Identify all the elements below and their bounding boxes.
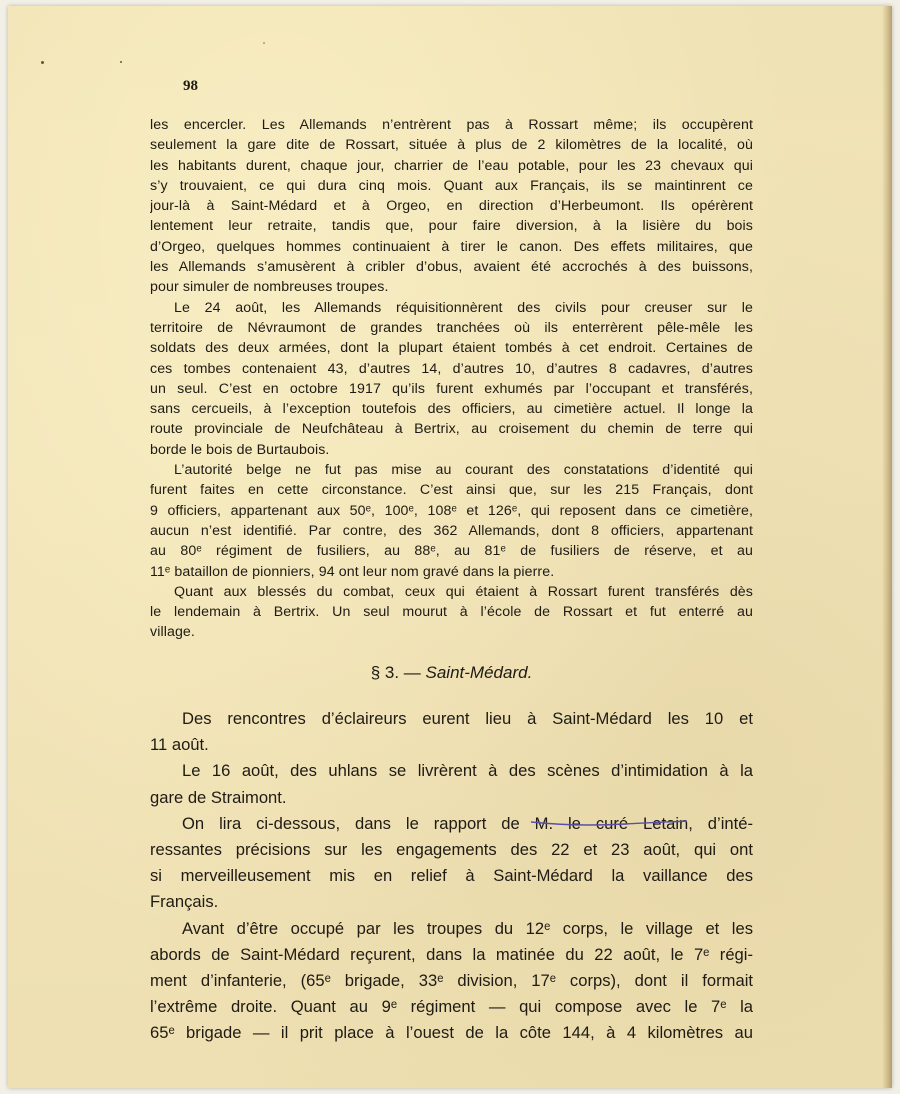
text-line: Le 24 août, les Allemands réquisitionnèr…: [150, 298, 753, 318]
text-line: les encercler. Les Allemands n’entrèrent…: [150, 115, 753, 135]
text-line: borde le bois de Burtaubois.: [150, 440, 753, 460]
text-line: jour-là à Saint-Médard et à Orgeo, en di…: [150, 196, 753, 216]
paragraph: Avant d’être occupé par les troupes du 1…: [150, 916, 753, 1047]
text-line: 11 août.: [150, 732, 753, 758]
text-line: les Allemands s’amusèrent à cribler d’ob…: [150, 257, 753, 277]
section-title: Saint-Médard.: [426, 663, 533, 682]
text-line: ment d’infanterie, (65ᵉ brigade, 33ᵉ div…: [150, 968, 753, 994]
text-line: Français.: [150, 889, 753, 915]
text-line: Des rencontres d’éclaireurs eurent lieu …: [150, 706, 753, 732]
paragraph: Le 16 août, des uhlans se livrèrent à de…: [150, 758, 753, 810]
body-text-section-2: les encercler. Les Allemands n’entrèrent…: [150, 115, 753, 643]
text-line: territoire de Névraumont de grandes tran…: [150, 318, 753, 338]
text-line: soldats des deux armées, dont la plupart…: [150, 338, 753, 358]
text-line: 11ᵉ bataillon de pionniers, 94 ont leur …: [150, 562, 753, 582]
text-line: les habitants durent, chaque jour, charr…: [150, 156, 753, 176]
text-line: aucun n’est identifié. Par contre, des 3…: [150, 521, 753, 541]
text-line: village.: [150, 622, 753, 642]
text-line: gare de Straimont.: [150, 785, 753, 811]
text-line: 9 officiers, appartenant aux 50ᵉ, 100ᵉ, …: [150, 501, 753, 521]
text-line: d’Orgeo, quelques hommes continuaient à …: [150, 237, 753, 257]
text-line: l’extrême droite. Quant au 9ᵉ régiment —…: [150, 994, 753, 1020]
paper-speck: [41, 61, 44, 64]
pen-underline-annotation: [530, 819, 688, 827]
text-line: sans cercueils, à l’exception toutefois …: [150, 399, 753, 419]
text-line: pour simuler de nombreuses troupes.: [150, 277, 753, 297]
text-line: furent faites en cette circonstance. C’e…: [150, 480, 753, 500]
text-line: ces tombes contenaient 43, d’autres 14, …: [150, 359, 753, 379]
paragraph: Quant aux blessés du combat, ceux qui ét…: [150, 582, 753, 643]
paragraph: Des rencontres d’éclaireurs eurent lieu …: [150, 706, 753, 758]
text-line: s’y trouvaient, ce qui dura cinq mois. Q…: [150, 176, 753, 196]
text-line: L’autorité belge ne fut pas mise au cour…: [150, 460, 753, 480]
text-line: 65ᵉ brigade — il prit place à l’ouest de…: [150, 1020, 753, 1046]
body-text-section-3: Des rencontres d’éclaireurs eurent lieu …: [150, 706, 753, 1046]
text-line: abords de Saint-Médard reçurent, dans la…: [150, 942, 753, 968]
section-heading: § 3. — Saint-Médard.: [150, 663, 753, 683]
text-line: route provinciale de Neufchâteau à Bertr…: [150, 419, 753, 439]
text-line: si merveilleusement mis en relief à Sain…: [150, 863, 753, 889]
text-line: Quant aux blessés du combat, ceux qui ét…: [150, 582, 753, 602]
text-line: Avant d’être occupé par les troupes du 1…: [150, 916, 753, 942]
paper-speck: [120, 61, 122, 63]
paragraph: les encercler. Les Allemands n’entrèrent…: [150, 115, 753, 298]
text-line: au 80ᵉ régiment de fusiliers, au 88ᵉ, au…: [150, 541, 753, 561]
text-line: lentement leur retraite, tandis que, pou…: [150, 216, 753, 236]
paragraph: L’autorité belge ne fut pas mise au cour…: [150, 460, 753, 582]
text-line: Le 16 août, des uhlans se livrèrent à de…: [150, 758, 753, 784]
text-line: le lendemain à Bertrix. Un seul mourut à…: [150, 602, 753, 622]
text-line: un seul. C’est en octobre 1917 qu’ils fu…: [150, 379, 753, 399]
paper-speck: [263, 42, 265, 44]
text-line: seulement la gare dite de Rossart, situé…: [150, 135, 753, 155]
text-line: ressantes précisions sur les engagements…: [150, 837, 753, 863]
paragraph: Le 24 août, les Allemands réquisitionnèr…: [150, 298, 753, 460]
section-number: § 3. —: [371, 663, 421, 682]
page-number: 98: [183, 78, 198, 95]
